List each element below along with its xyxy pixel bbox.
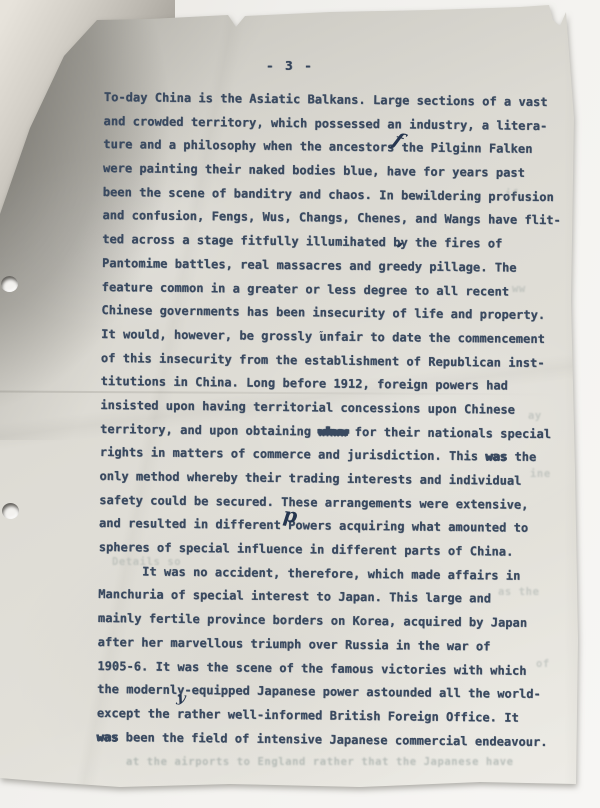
ghost-text: ine xyxy=(530,468,551,480)
ghost-text: as the xyxy=(498,586,540,598)
typed-segment: titutions in China. Long before 1912, fo… xyxy=(101,374,509,393)
typed-segment: were painting their naked bodies blue, h… xyxy=(103,161,525,180)
typed-segment: of this insecurity from the establishmen… xyxy=(101,351,545,370)
typed-segment: and confusion, Fengs, Wus, Changs, Chene… xyxy=(102,208,560,227)
typed-segment: been the field of intensive Japanese com… xyxy=(118,730,547,749)
typed-segment: except the rather well-informed British … xyxy=(97,706,519,725)
typed-segment: rights in matters of commerce and jurisd… xyxy=(100,445,486,463)
typed-segment: Manchuria of special interest to Japan. … xyxy=(98,587,491,605)
typed-segment: and crowded territory, which possessed a… xyxy=(104,114,548,133)
typed-over-segment: was xyxy=(485,450,507,464)
typed-segment: insisted upon having territorial concess… xyxy=(100,398,515,417)
typed-segment: territory, and upon obtaining xyxy=(100,422,318,438)
typed-segment: mainly fertile province borders on Korea… xyxy=(98,611,527,630)
typed-segment: To-day China is the Asiatic Balkans. Lar… xyxy=(104,90,548,109)
punch-hole-bottom xyxy=(2,503,19,519)
typed-segment: the modernly-equipped Japanese power ast… xyxy=(97,682,541,701)
typed-segment: and resulted in different Powers acquiri… xyxy=(99,516,528,535)
punch-hole-top xyxy=(1,276,18,292)
typed-segment: for their nationals special xyxy=(347,424,551,440)
typed-segment: Pantomime battles, real massacres and gr… xyxy=(102,256,517,275)
typed-segment: ted across a stage fitfully illumihated … xyxy=(102,232,502,251)
ghost-text: if xyxy=(505,188,519,200)
typed-segment: after her marvellous triumph over Russia… xyxy=(98,635,491,653)
typed-strike-segment: wkww xyxy=(318,424,347,438)
typed-over-segment: was xyxy=(97,730,119,744)
page-number: - 3 - xyxy=(266,58,314,73)
typed-segment: only method whereby their trading intere… xyxy=(99,469,521,488)
typed-segment: safety could be secured. These arrangeme… xyxy=(99,493,528,512)
typed-segment: It would, however, be grossly unfair to … xyxy=(101,327,545,346)
typed-segment: ture and a philosophy when the ancestors… xyxy=(103,137,532,156)
ghost-text: ww xyxy=(512,283,526,295)
text-line: was been the field of intensive Japanese… xyxy=(96,726,564,755)
ghost-text: Details so xyxy=(112,556,181,568)
paper-wrapper: - 3 - To-day China is the Asiatic Balkan… xyxy=(0,0,600,808)
typed-segment: the xyxy=(507,450,536,464)
ghost-text: of xyxy=(536,658,550,670)
ghost-text: at the airports to England rather that t… xyxy=(126,756,514,768)
typed-segment: been the scene of banditry and chaos. In… xyxy=(103,185,554,204)
paper-sheet: - 3 - To-day China is the Asiatic Balkan… xyxy=(0,0,600,808)
typed-segment: 1905-6. It was the scene of the famous v… xyxy=(97,658,526,677)
typed-segment: feature common in a greater or less degr… xyxy=(102,279,510,298)
ghost-text: ay xyxy=(528,410,542,422)
typed-segment: Chinese governments has been insecurity … xyxy=(101,303,545,322)
typed-text: To-day China is the Asiatic Balkans. Lar… xyxy=(96,86,571,755)
photographed-document-page: - 3 - To-day China is the Asiatic Balkan… xyxy=(0,0,600,808)
